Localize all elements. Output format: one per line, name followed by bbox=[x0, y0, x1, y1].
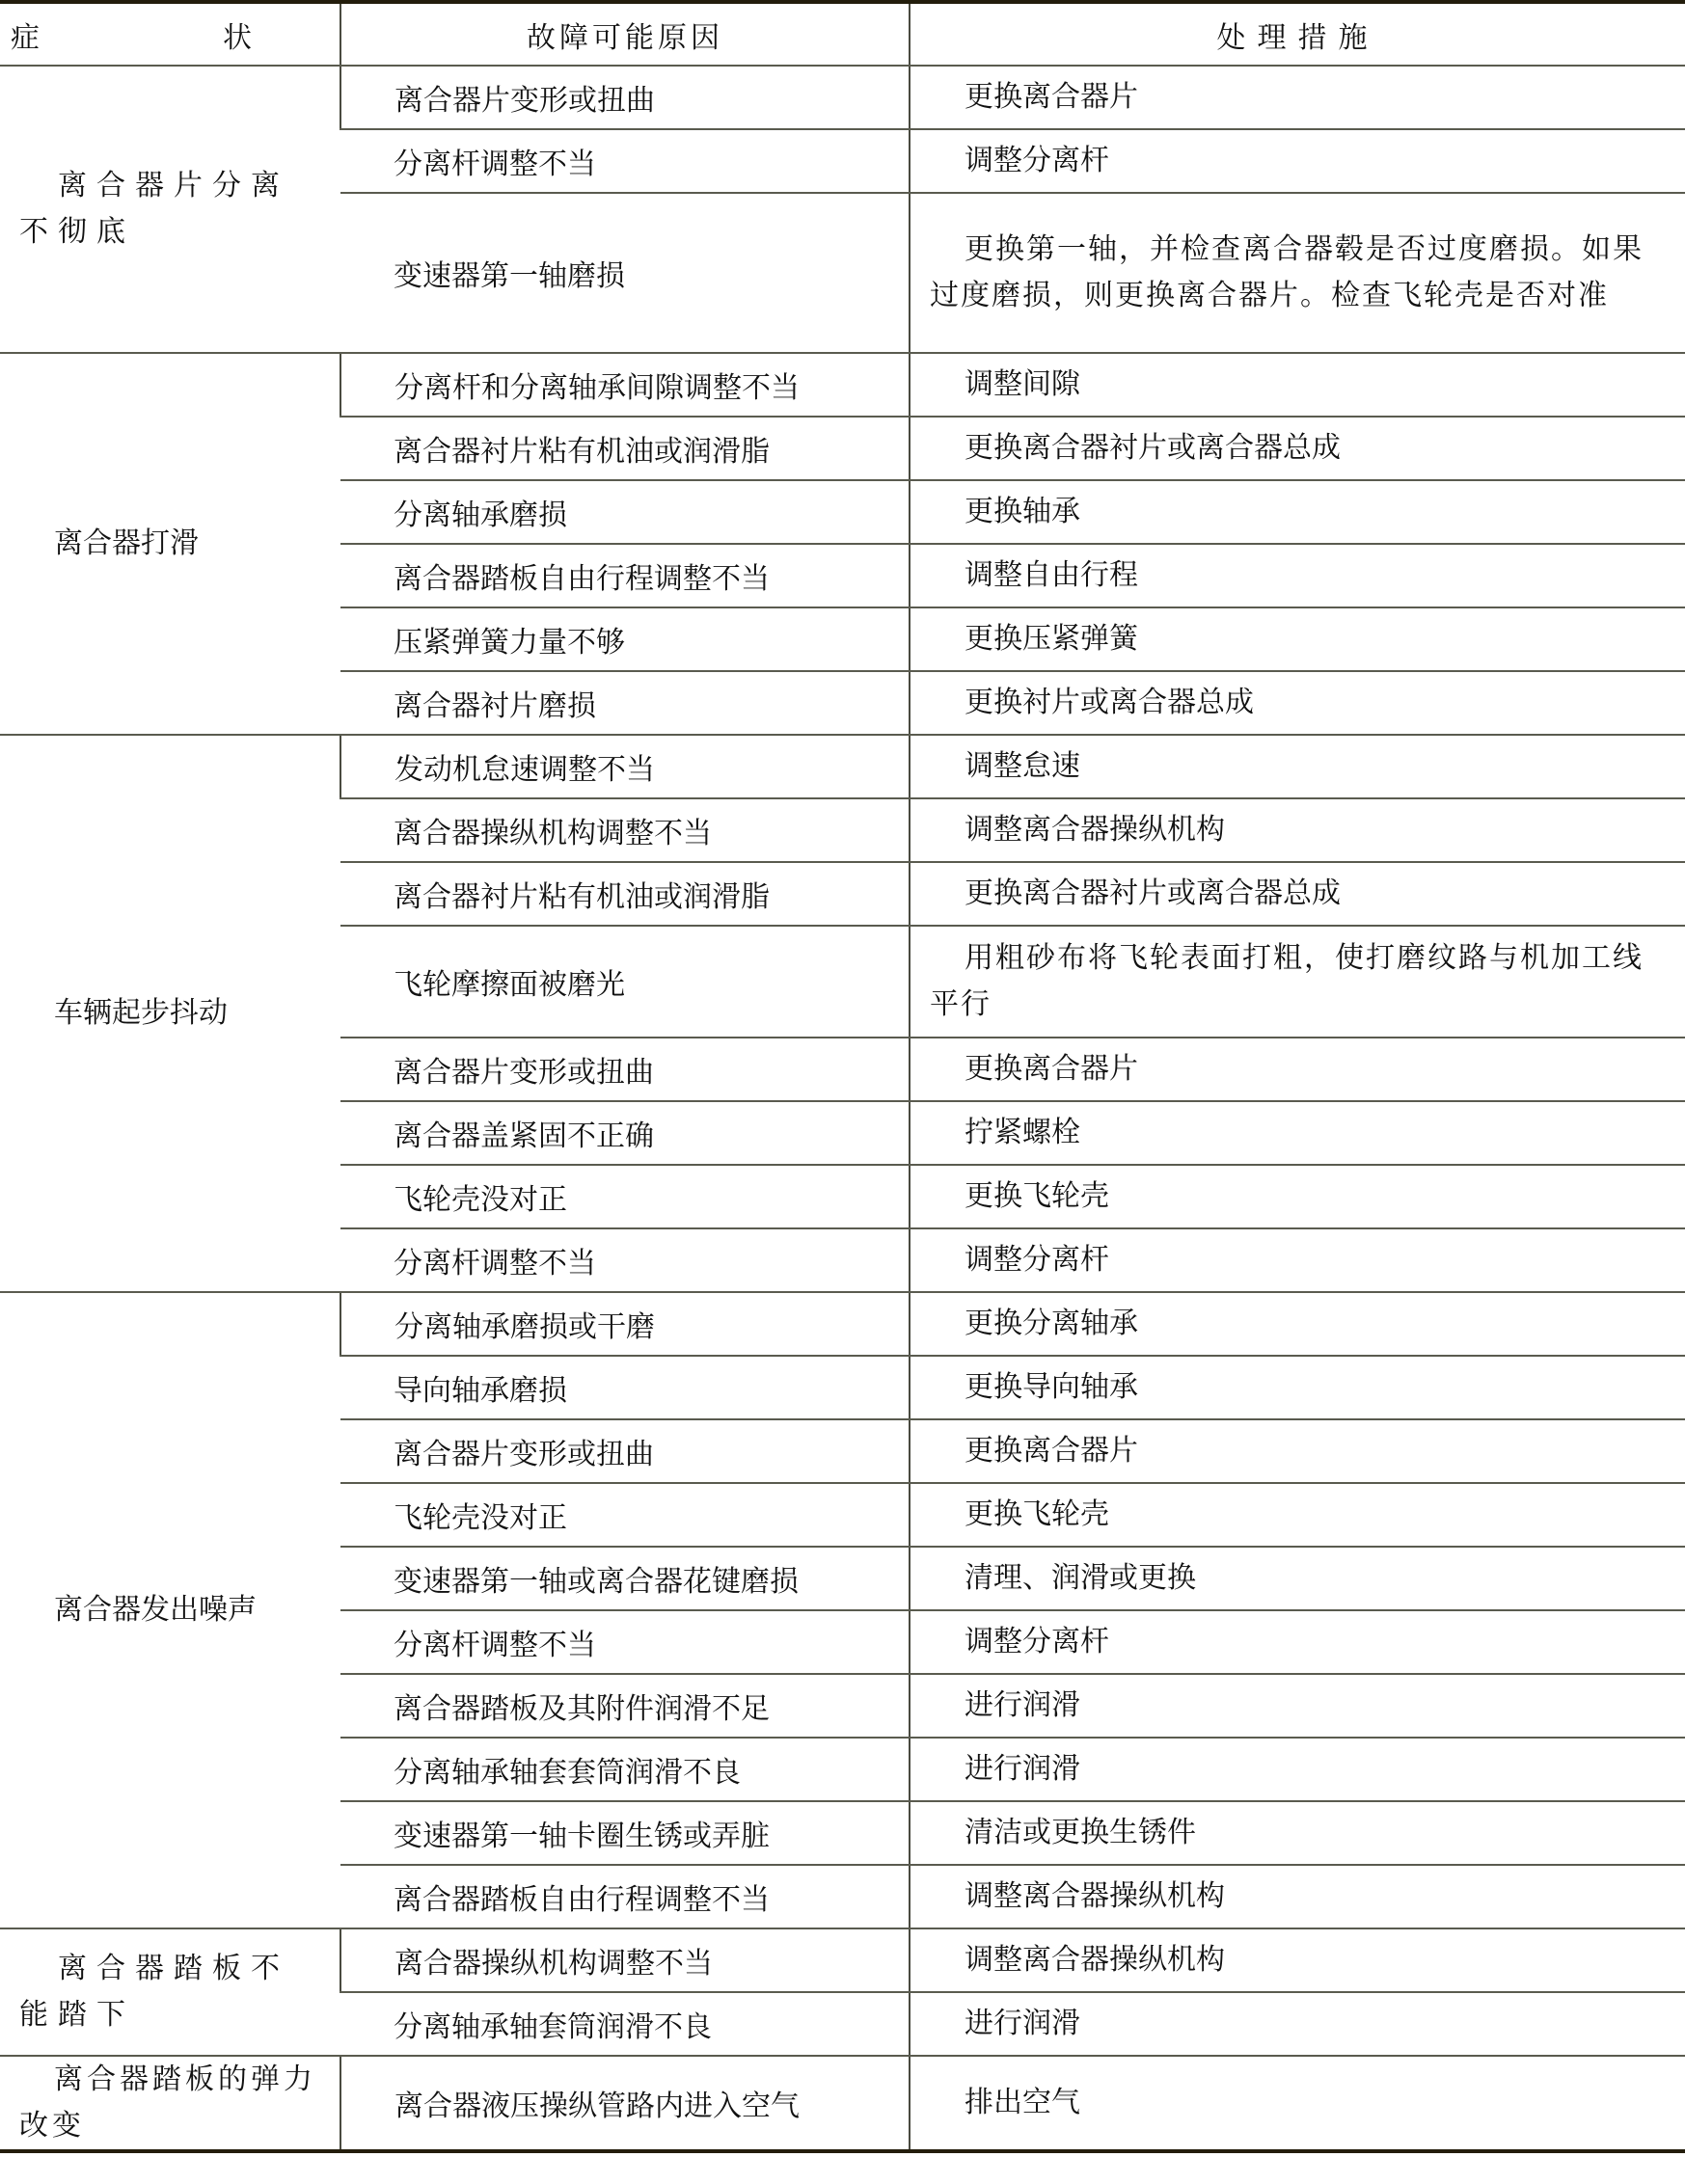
header-cause: 故障可能原因 bbox=[340, 2, 910, 66]
table-row: 离合器片分离不彻底 离合器片变形或扭曲 更换离合器片 bbox=[0, 66, 1685, 129]
cause-cell: 离合器操纵机构调整不当 bbox=[340, 798, 910, 862]
remedy-cell: 更换分离轴承 bbox=[910, 1292, 1685, 1356]
cause-cell: 离合器盖紧固不正确 bbox=[340, 1101, 910, 1165]
cause-cell: 离合器踏板自由行程调整不当 bbox=[340, 544, 910, 607]
header-symptom: 症 状 bbox=[0, 2, 340, 66]
remedy-cell: 更换衬片或离合器总成 bbox=[910, 671, 1685, 735]
remedy-cell: 调整分离杆 bbox=[910, 1228, 1685, 1292]
remedy-cell: 调整自由行程 bbox=[910, 544, 1685, 607]
cause-cell: 离合器衬片粘有机油或润滑脂 bbox=[340, 862, 910, 926]
symptom-cell: 离合器踏板不能踏下 bbox=[0, 1928, 340, 2056]
table-row: 离合器踏板不能踏下 离合器操纵机构调整不当 调整离合器操纵机构 bbox=[0, 1928, 1685, 1992]
remedy-cell: 进行润滑 bbox=[910, 1992, 1685, 2056]
remedy-cell: 更换离合器衬片或离合器总成 bbox=[910, 417, 1685, 480]
remedy-cell: 排出空气 bbox=[910, 2056, 1685, 2151]
remedy-cell: 调整离合器操纵机构 bbox=[910, 1865, 1685, 1928]
cause-cell: 离合器衬片磨损 bbox=[340, 671, 910, 735]
cause-cell: 离合器片变形或扭曲 bbox=[340, 66, 910, 129]
cause-cell: 飞轮壳没对正 bbox=[340, 1165, 910, 1228]
symptom-cell: 离合器发出噪声 bbox=[0, 1292, 340, 1928]
remedy-cell: 更换离合器片 bbox=[910, 1419, 1685, 1483]
cause-cell: 飞轮壳没对正 bbox=[340, 1483, 910, 1547]
cause-cell: 离合器踏板及其附件润滑不足 bbox=[340, 1674, 910, 1738]
cause-cell: 发动机怠速调整不当 bbox=[340, 735, 910, 798]
remedy-cell: 更换飞轮壳 bbox=[910, 1165, 1685, 1228]
remedy-cell: 更换压紧弹簧 bbox=[910, 607, 1685, 671]
cause-cell: 分离杆和分离轴承间隙调整不当 bbox=[340, 353, 910, 417]
symptom-cell: 离合器片分离不彻底 bbox=[0, 66, 340, 353]
cause-cell: 分离杆调整不当 bbox=[340, 1610, 910, 1674]
header-remedy: 处理措施 bbox=[910, 2, 1685, 66]
table-header-row: 症 状 故障可能原因 处理措施 bbox=[0, 2, 1685, 66]
remedy-cell: 更换第一轴，并检查离合器毂是否过度磨损。如果过度磨损，则更换离合器片。检查飞轮壳… bbox=[910, 193, 1685, 353]
cause-cell: 分离轴承磨损 bbox=[340, 480, 910, 544]
remedy-cell: 更换离合器片 bbox=[910, 1038, 1685, 1101]
remedy-cell: 进行润滑 bbox=[910, 1738, 1685, 1801]
cause-cell: 分离杆调整不当 bbox=[340, 129, 910, 193]
cause-cell: 离合器片变形或扭曲 bbox=[340, 1419, 910, 1483]
remedy-cell: 更换轴承 bbox=[910, 480, 1685, 544]
cause-cell: 飞轮摩擦面被磨光 bbox=[340, 926, 910, 1038]
remedy-cell: 调整离合器操纵机构 bbox=[910, 1928, 1685, 1992]
table-row: 离合器发出噪声 分离轴承磨损或干磨 更换分离轴承 bbox=[0, 1292, 1685, 1356]
cause-cell: 变速器第一轴或离合器花键磨损 bbox=[340, 1547, 910, 1610]
remedy-cell: 调整分离杆 bbox=[910, 129, 1685, 193]
cause-cell: 离合器片变形或扭曲 bbox=[340, 1038, 910, 1101]
remedy-cell: 拧紧螺栓 bbox=[910, 1101, 1685, 1165]
cause-cell: 变速器第一轴磨损 bbox=[340, 193, 910, 353]
cause-cell: 离合器踏板自由行程调整不当 bbox=[340, 1865, 910, 1928]
cause-cell: 变速器第一轴卡圈生锈或弄脏 bbox=[340, 1801, 910, 1865]
cause-cell: 分离轴承轴套套筒润滑不良 bbox=[340, 1738, 910, 1801]
remedy-cell: 调整分离杆 bbox=[910, 1610, 1685, 1674]
table-row: 车辆起步抖动 发动机怠速调整不当 调整怠速 bbox=[0, 735, 1685, 798]
cause-cell: 分离杆调整不当 bbox=[340, 1228, 910, 1292]
table-row: 离合器踏板的弹力改变 离合器液压操纵管路内进入空气 排出空气 bbox=[0, 2056, 1685, 2151]
remedy-cell: 进行润滑 bbox=[910, 1674, 1685, 1738]
clutch-troubleshooting-table: 症 状 故障可能原因 处理措施 离合器片分离不彻底 离合器片变形或扭曲 更换离合… bbox=[0, 0, 1685, 2153]
remedy-cell: 调整怠速 bbox=[910, 735, 1685, 798]
remedy-cell: 调整间隙 bbox=[910, 353, 1685, 417]
remedy-cell: 更换飞轮壳 bbox=[910, 1483, 1685, 1547]
cause-cell: 分离轴承轴套筒润滑不良 bbox=[340, 1992, 910, 2056]
cause-cell: 离合器衬片粘有机油或润滑脂 bbox=[340, 417, 910, 480]
cause-cell: 离合器液压操纵管路内进入空气 bbox=[340, 2056, 910, 2151]
remedy-cell: 用粗砂布将飞轮表面打粗，使打磨纹路与机加工线平行 bbox=[910, 926, 1685, 1038]
remedy-cell: 更换离合器片 bbox=[910, 66, 1685, 129]
symptom-cell: 离合器踏板的弹力改变 bbox=[0, 2056, 340, 2151]
symptom-cell: 离合器打滑 bbox=[0, 353, 340, 735]
cause-cell: 分离轴承磨损或干磨 bbox=[340, 1292, 910, 1356]
cause-cell: 压紧弹簧力量不够 bbox=[340, 607, 910, 671]
cause-cell: 离合器操纵机构调整不当 bbox=[340, 1928, 910, 1992]
remedy-cell: 清洁或更换生锈件 bbox=[910, 1801, 1685, 1865]
symptom-cell: 车辆起步抖动 bbox=[0, 735, 340, 1292]
remedy-cell: 调整离合器操纵机构 bbox=[910, 798, 1685, 862]
remedy-cell: 清理、润滑或更换 bbox=[910, 1547, 1685, 1610]
remedy-cell: 更换离合器衬片或离合器总成 bbox=[910, 862, 1685, 926]
remedy-cell: 更换导向轴承 bbox=[910, 1356, 1685, 1419]
cause-cell: 导向轴承磨损 bbox=[340, 1356, 910, 1419]
table-row: 离合器打滑 分离杆和分离轴承间隙调整不当 调整间隙 bbox=[0, 353, 1685, 417]
